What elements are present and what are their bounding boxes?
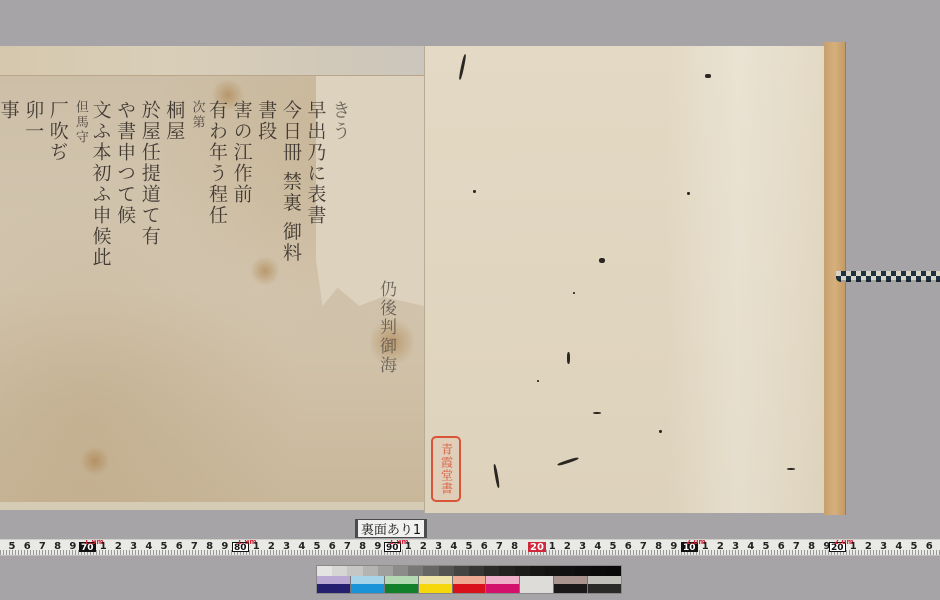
gray-step: [469, 566, 484, 576]
ruler-digit: 6: [20, 541, 34, 552]
calligraphy-column: 厂吹ぢ: [49, 100, 72, 500]
reverse-side-label: 裏面あり1: [355, 519, 427, 538]
ruler-digit: 4: [591, 541, 605, 552]
margin-note: 仍後判御海: [372, 280, 400, 430]
calligraphy-column: 早出乃に表書: [307, 100, 330, 500]
color-swatch: [385, 576, 419, 593]
calligraphy-annotation: 次第: [190, 100, 206, 500]
ruler-digit: 1: [401, 541, 415, 552]
color-swatch: [554, 576, 588, 593]
gray-step: [317, 566, 332, 576]
ruler-digit: 3: [729, 541, 743, 552]
color-swatch: [419, 576, 453, 593]
ruler-digit: 8: [508, 541, 522, 552]
red-collector-seal: 青霞堂書: [431, 436, 461, 502]
ruler-digit: 5: [907, 541, 921, 552]
color-swatch: [453, 576, 487, 593]
ruler-digit: 7: [187, 541, 201, 552]
ruler-digit: 6: [477, 541, 491, 552]
ruler-digit: 1: [96, 541, 110, 552]
gray-step: [332, 566, 347, 576]
calligraphy-column: 桐屋: [166, 100, 189, 500]
ruler-digit: 5: [606, 541, 620, 552]
ruler-digit: 8: [356, 541, 370, 552]
ruler-digit: 9: [218, 541, 232, 552]
worm-hole: [599, 258, 605, 263]
ruler-digit: 3: [877, 541, 891, 552]
scroll-tie-cord: [836, 271, 940, 282]
worm-hole: [473, 190, 476, 193]
gray-step: [454, 566, 469, 576]
gray-step: [393, 566, 408, 576]
ruler-digit: 7: [636, 541, 650, 552]
calligraphy-column: きう: [331, 100, 354, 500]
worm-hole: [557, 457, 579, 467]
ruler-digit: 6: [621, 541, 635, 552]
calligraphy-column: 文ふ本初ふ申候此: [92, 100, 115, 500]
ruler-digit: 4: [744, 541, 758, 552]
color-calibration-chart: [316, 565, 622, 594]
ruler-digit: 8: [652, 541, 666, 552]
ruler-digit: 6: [172, 541, 186, 552]
ruler-digit: 9: [371, 541, 385, 552]
gray-step: [560, 566, 575, 576]
ruler-digit: 1: [545, 541, 559, 552]
ruler-digit: 3: [280, 541, 294, 552]
ruler-digit: 1: [249, 541, 263, 552]
calligraphy-text-block: きう 早出乃に表書 今日冊 禁裏 御料 書段 害の江作前 有わ年う程任 次第 桐…: [0, 100, 360, 500]
ruler-digit: 2: [713, 541, 727, 552]
calligraphy-column: 今日冊 禁裏 御料: [282, 100, 305, 500]
worm-hole: [659, 430, 662, 433]
gray-step: [591, 566, 606, 576]
grayscale-strip: [317, 566, 621, 576]
gray-step: [378, 566, 393, 576]
ruler-digit: 8: [805, 541, 819, 552]
calligraphy-column: や書申つて候: [117, 100, 140, 500]
color-swatch: [317, 576, 351, 593]
ruler-digit: 3: [432, 541, 446, 552]
gray-step: [499, 566, 514, 576]
worm-hole: [705, 74, 711, 78]
color-swatch: [520, 576, 554, 593]
ruler-digit: 5: [462, 541, 476, 552]
ruler-digit: 9: [667, 541, 681, 552]
ruler-digit: 2: [111, 541, 125, 552]
gray-step: [484, 566, 499, 576]
worm-hole: [458, 54, 466, 80]
ruler-digit: 8: [51, 541, 65, 552]
ruler-digit: 4: [892, 541, 906, 552]
ruler-digit: 1: [846, 541, 860, 552]
gray-step: [606, 566, 621, 576]
ruler-digit: 1: [698, 541, 712, 552]
worm-hole: [573, 292, 575, 294]
ruler-digit: 5: [310, 541, 324, 552]
ruler-digit: 4: [142, 541, 156, 552]
ruler-digit: 5: [157, 541, 171, 552]
ruler-digit: 9: [66, 541, 80, 552]
ruler-digit: 2: [560, 541, 574, 552]
gray-step: [408, 566, 423, 576]
ruler-digit: 6: [325, 541, 339, 552]
ruler-digit: 4: [0, 541, 4, 552]
measurement-ruler: 456789701.9m123456789801.9m123456789901.…: [0, 539, 940, 556]
calligraphy-column: 卯一: [25, 100, 48, 500]
color-swatch: [486, 576, 520, 593]
calligraphy-column: 害の江作前: [233, 100, 256, 500]
ruler-digit: 4: [447, 541, 461, 552]
ruler-digit: 7: [340, 541, 354, 552]
gray-step: [530, 566, 545, 576]
gray-step: [347, 566, 362, 576]
scroll-viewer: きう 早出乃に表書 今日冊 禁裏 御料 書段 害の江作前 有わ年う程任 次第 桐…: [0, 0, 940, 600]
calligraphy-column: 於屋任提道て有: [141, 100, 164, 500]
ruler-digit: 7: [35, 541, 49, 552]
ruler-major-mark: 20: [528, 542, 546, 552]
color-swatch: [351, 576, 385, 593]
blank-reverse-sheet: [424, 46, 826, 513]
worm-hole: [787, 468, 795, 470]
calligraphy-column: 有わ年う程任: [208, 100, 231, 500]
ruler-digit: 5: [759, 541, 773, 552]
ruler-digit: 2: [264, 541, 278, 552]
gray-step: [575, 566, 590, 576]
ruler-digit: 4: [295, 541, 309, 552]
ruler-digit: 8: [203, 541, 217, 552]
ruler-digit: 6: [922, 541, 936, 552]
worm-hole: [493, 464, 500, 488]
ruler-digit: 5: [5, 541, 19, 552]
color-swatch-strip: [317, 576, 621, 593]
calligraphy-column: 事: [0, 100, 23, 500]
gray-step: [439, 566, 454, 576]
worm-hole: [537, 380, 539, 382]
gray-step: [363, 566, 378, 576]
ruler-digit: 3: [127, 541, 141, 552]
ruler-digit: 2: [416, 541, 430, 552]
ruler-digit: 7: [492, 541, 506, 552]
worm-hole: [687, 192, 690, 195]
calligraphy-column: 書段: [258, 100, 281, 500]
scroll-backing-top-edge: [0, 46, 424, 76]
ruler-digit: 3: [576, 541, 590, 552]
worm-hole: [593, 412, 601, 414]
calligraphy-annotation: 但馬守: [74, 100, 90, 500]
gray-step: [423, 566, 438, 576]
ruler-digit: 7: [789, 541, 803, 552]
worm-hole: [567, 352, 570, 364]
ruler-digit: 6: [774, 541, 788, 552]
color-swatch: [588, 576, 621, 593]
ruler-digit: 2: [861, 541, 875, 552]
gray-step: [515, 566, 530, 576]
gray-step: [545, 566, 560, 576]
